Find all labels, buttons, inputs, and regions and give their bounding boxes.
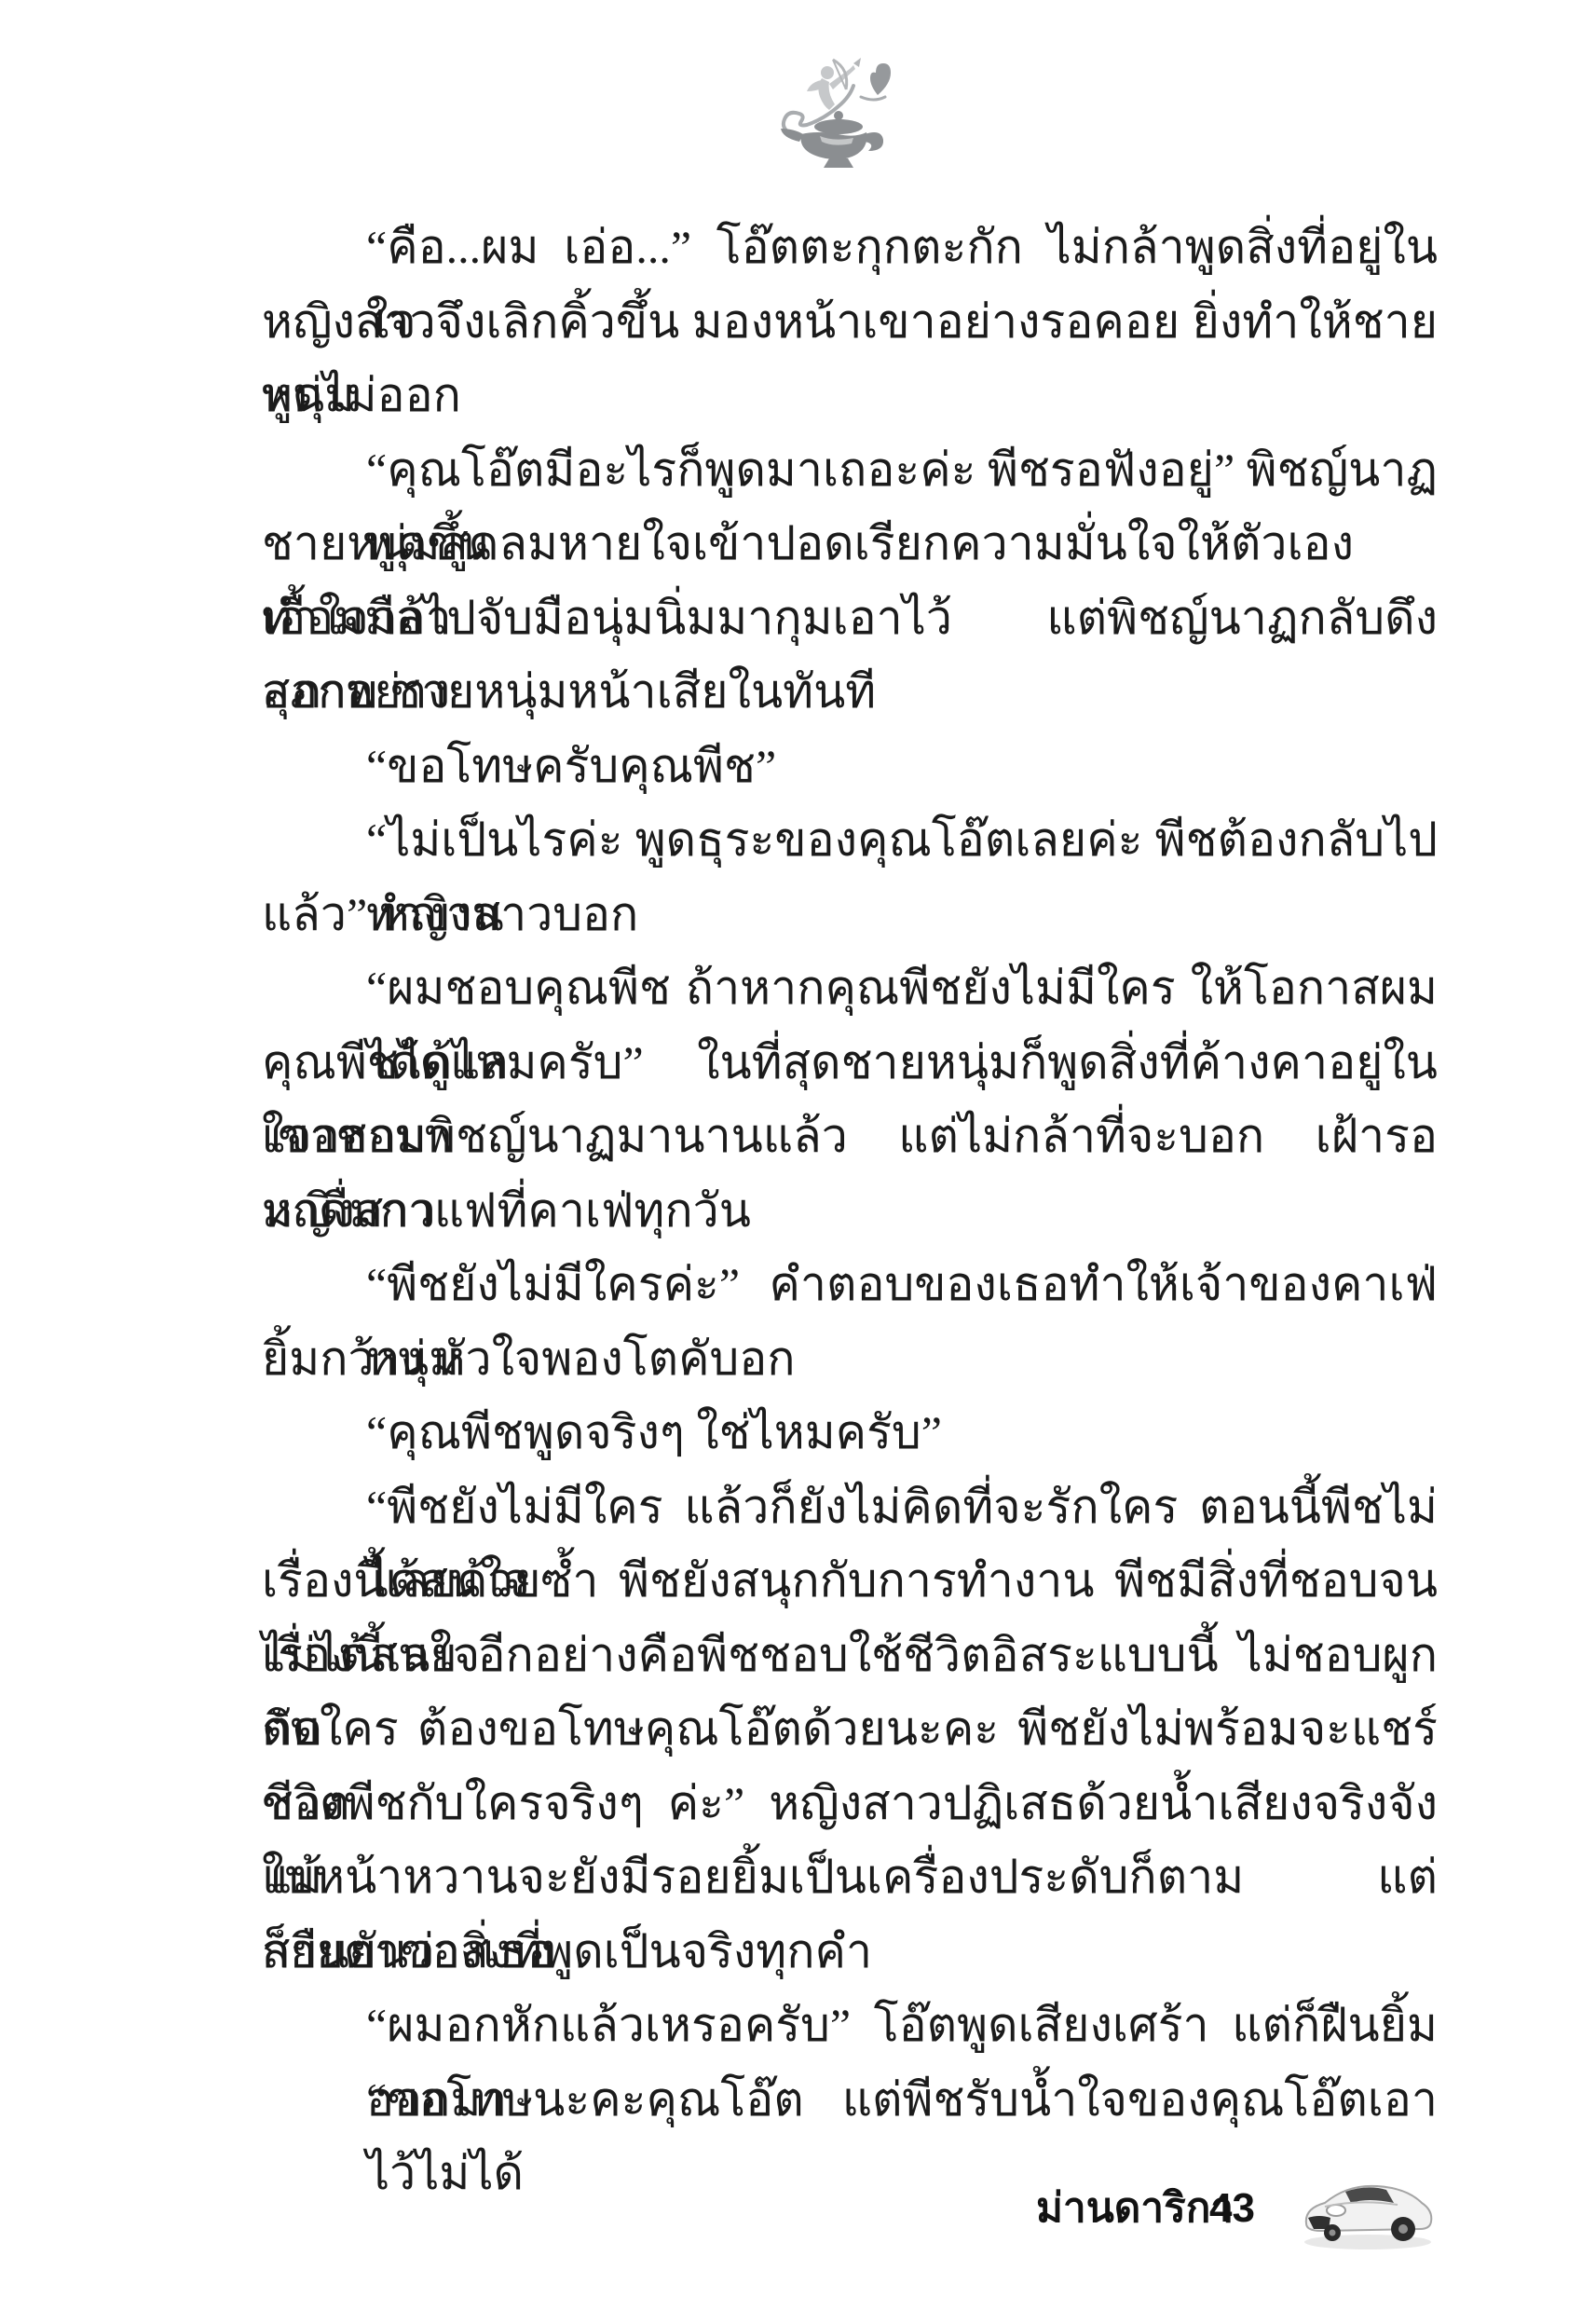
text-line: “คือ...ผม เอ่อ...” โอ๊ตตะกุกตะกัก ไม่กล้… (262, 211, 1438, 285)
page-footer: ม่านดาริกา 43 (0, 2164, 1596, 2266)
text-line: แล้ว” หญิงสาวบอก (262, 878, 1438, 952)
text-line: เรื่องนี้เลยด้วยซ้ำ พีชยังสนุกกับการทำงา… (262, 1544, 1438, 1619)
text-line: ของพีชกับใครจริงๆ ค่ะ” หญิงสาวปฏิเสธด้วย… (262, 1767, 1438, 1841)
text-line: เขาชอบพิชญ์นาฏมานานแล้ว แต่ไม่กล้าที่จะบ… (262, 1100, 1438, 1174)
body-text: “คือ...ผม เอ่อ...” โอ๊ตตะกุกตะกัก ไม่กล้… (262, 211, 1438, 2137)
text-line: พูดไม่ออก (262, 359, 1438, 433)
sports-car-icon (1293, 2166, 1442, 2259)
text-line: “คุณพีชพูดจริงๆ ใช่ไหมครับ” (262, 1396, 1438, 1470)
text-line: “ขอโทษนะคะคุณโอ๊ต แต่พีชรับน้ำใจของคุณโอ… (262, 2063, 1438, 2138)
text-line: เอื้อมมือไปจับมือนุ่มนิ่มมากุมเอาไว้ แต่… (262, 581, 1438, 656)
text-line: ชายหนุ่มสูดลมหายใจเข้าปอดเรียกความมั่นใจ… (262, 507, 1438, 581)
book-page: “คือ...ผม เอ่อ...” โอ๊ตตะกุกตะกัก ไม่กล้… (0, 0, 1596, 2311)
page-number: 43 (1209, 2181, 1255, 2236)
text-line: ใบหน้าหวานจะยังมีรอยยิ้มเป็นเครื่องประดั… (262, 1840, 1438, 1915)
text-line: สุภาพ ชายหนุ่มหน้าเสียในทันที (262, 655, 1438, 730)
text-line: ก็ยืนยันว่าสิ่งที่พูดเป็นจริงทุกคำ (262, 1915, 1438, 1990)
heart-shape (870, 63, 891, 95)
genie-lamp-cupid-heart-icon (771, 48, 902, 179)
text-line: “คุณโอ๊ตมีอะไรก็พูดมาเถอะค่ะ พีชรอฟังอยู… (262, 433, 1438, 508)
text-line: เรื่องนี้เลย อีกอย่างคือพีชชอบใช้ชีวิตอิ… (262, 1619, 1438, 1693)
text-line: “ขอโทษครับคุณพีช” (262, 730, 1438, 804)
book-title: ม่านดาริกา (1036, 2181, 1234, 2236)
text-line: “ผมอกหักแล้วเหรอครับ” โอ๊ตพูดเสียงเศร้า … (262, 1989, 1438, 2063)
text-line: “พีชยังไม่มีใครค่ะ” คำตอบของเธอทำให้เจ้า… (262, 1248, 1438, 1322)
cupid-figure (807, 65, 855, 110)
text-line: คุณพีชได้ไหมครับ” ในที่สุดชายหนุ่มก็พูดส… (262, 1026, 1438, 1101)
text-line: หญิงสาวจึงเลิกคิ้วขึ้น มองหน้าเขาอย่างรอ… (262, 285, 1438, 360)
text-line: “พีชยังไม่มีใคร แล้วก็ยังไม่คิดที่จะรักใ… (262, 1470, 1438, 1545)
text-line: “ผมชอบคุณพีช ถ้าหากคุณพีชยังไม่มีใคร ให้… (262, 951, 1438, 1026)
text-line: ยิ้มกว้าง หัวใจพองโตคับอก (262, 1322, 1438, 1397)
text-line: กับใคร ต้องขอโทษคุณโอ๊ตด้วยนะคะ พีชยังไม… (262, 1692, 1438, 1767)
text-line: “ไม่เป็นไรค่ะ พูดธุระของคุณโอ๊ตเลยค่ะ พี… (262, 803, 1438, 878)
header-ornament (771, 48, 902, 179)
genie-lamp (781, 111, 883, 168)
text-line: มาดื่มกาแฟที่คาเฟ่ทุกวัน (262, 1174, 1438, 1249)
